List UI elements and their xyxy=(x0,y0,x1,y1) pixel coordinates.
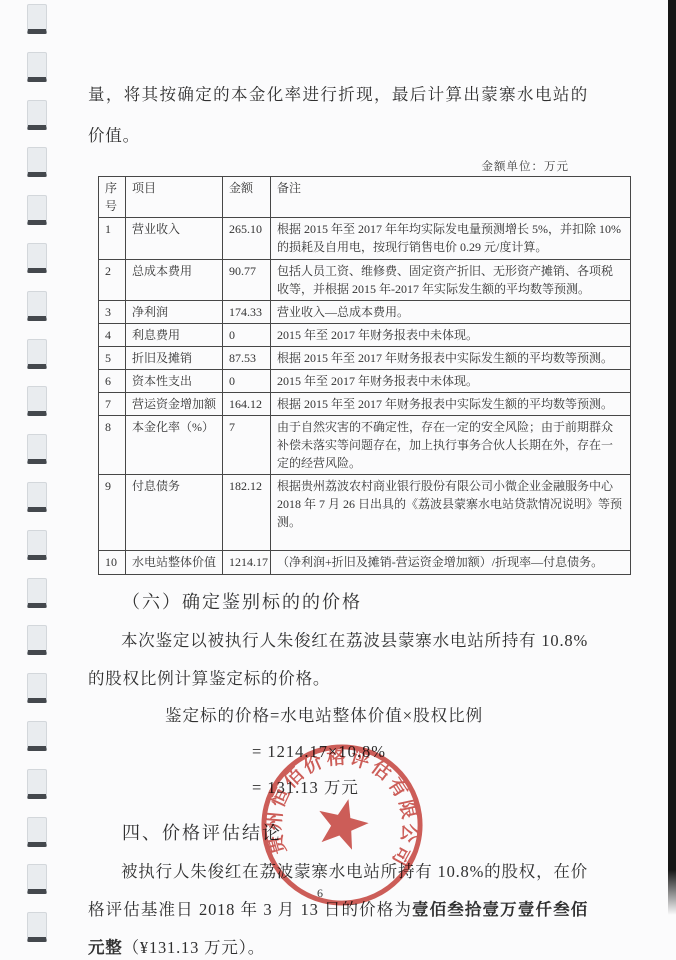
binder-hole xyxy=(27,291,47,321)
cell-amount: 174.33 xyxy=(223,301,271,324)
cell-no: 8 xyxy=(99,416,126,475)
cell-item: 付息债务 xyxy=(126,475,223,551)
valuation-table: 序号 项目 金额 备注 1 营业收入 265.10 根据 2015 年至 201… xyxy=(98,176,631,575)
cell-no: 3 xyxy=(99,301,126,324)
table-row: 10 水电站整体价值 1214.17 （净利润+折旧及摊销-营运资金增加额）/折… xyxy=(99,551,631,575)
formula-step-1: = 1214.17×10.8% xyxy=(252,734,636,770)
table-header-row: 序号 项目 金额 备注 xyxy=(99,177,631,218)
cell-note: 2015 年至 2017 年财务报表中未体现。 xyxy=(271,324,631,347)
cell-amount: 265.10 xyxy=(223,218,271,260)
binder-hole xyxy=(27,530,47,560)
cell-note: 根据 2015 年至 2017 年财务报表中实际发生额的平均数等预测。 xyxy=(271,347,631,370)
cell-item: 总成本费用 xyxy=(126,260,223,301)
table-row: 2 总成本费用 90.77 包括人员工资、维修费、固定资产折旧、无形资产摊销、各… xyxy=(99,260,631,301)
col-header-note: 备注 xyxy=(271,177,631,218)
cell-amount: 182.12 xyxy=(223,475,271,551)
cell-item: 水电站整体价值 xyxy=(126,551,223,575)
cell-amount: 1214.17 xyxy=(223,551,271,575)
binder-hole xyxy=(27,147,47,177)
table-row: 4 利息费用 0 2015 年至 2017 年财务报表中未体现。 xyxy=(99,324,631,347)
cell-item: 利息费用 xyxy=(126,324,223,347)
binder-hole xyxy=(27,864,47,894)
cell-no: 6 xyxy=(99,370,126,393)
scan-edge-shadow xyxy=(668,0,676,920)
cell-amount: 90.77 xyxy=(223,260,271,301)
cell-amount: 164.12 xyxy=(223,393,271,416)
cell-note: 营业收入—总成本费用。 xyxy=(271,301,631,324)
binder-hole xyxy=(27,52,47,82)
binder-hole xyxy=(27,578,47,608)
conclusion-paragraph: 被执行人朱俊红在荔波蒙寨水电站所持有 10.8%的股权，在价格评估基准日 201… xyxy=(88,853,588,960)
cell-item: 净利润 xyxy=(126,301,223,324)
col-header-no: 序号 xyxy=(99,177,126,218)
cell-note: 根据 2015 年至 2017 年年均实际发电量预测增长 5%，并扣除 10%的… xyxy=(271,218,631,260)
binder-hole xyxy=(27,817,47,847)
cell-item: 资本性支出 xyxy=(126,370,223,393)
binder-hole xyxy=(27,434,47,464)
binder-hole xyxy=(27,912,47,942)
cell-note: （净利润+折旧及摊销-营运资金增加额）/折现率—付息债务。 xyxy=(271,551,631,575)
intro-paragraph: 量，将其按确定的本金化率进行折现，最后计算出蒙寨水电站的价值。 xyxy=(88,74,588,156)
binder-hole xyxy=(27,386,47,416)
binder-hole xyxy=(27,100,47,130)
table-row: 9 付息债务 182.12 根据贵州荔波农村商业银行股份有限公司小微企业金融服务… xyxy=(99,475,631,551)
cell-no: 2 xyxy=(99,260,126,301)
binder-hole xyxy=(27,769,47,799)
col-header-item: 项目 xyxy=(126,177,223,218)
cell-amount: 0 xyxy=(223,324,271,347)
table-row: 5 折旧及摊销 87.53 根据 2015 年至 2017 年财务报表中实际发生… xyxy=(99,347,631,370)
cell-note: 根据贵州荔波农村商业银行股份有限公司小微企业金融服务中心 2018 年 7 月 … xyxy=(271,475,631,551)
document-page: 量，将其按确定的本金化率进行折现，最后计算出蒙寨水电站的价值。 金额单位：万元 … xyxy=(88,74,636,960)
amount-unit-note: 金额单位：万元 xyxy=(88,158,631,176)
binder-hole xyxy=(27,4,47,34)
section-6-paragraph: 本次鉴定以被执行人朱俊红在荔波县蒙寨水电站所持有 10.8%的股权比例计算鉴定标… xyxy=(88,622,588,698)
page-number: 6 xyxy=(300,886,340,901)
formula-step-2: = 131.13 万元 xyxy=(252,770,636,806)
table-row: 6 资本性支出 0 2015 年至 2017 年财务报表中未体现。 xyxy=(99,370,631,393)
formula-definition: 鉴定标的价格=水电站整体价值×股权比例 xyxy=(165,698,636,734)
cell-note: 包括人员工资、维修费、固定资产折旧、无形资产摊销、各项税收等，并根据 2015 … xyxy=(271,260,631,301)
cell-no: 7 xyxy=(99,393,126,416)
col-header-amount: 金额 xyxy=(223,177,271,218)
cell-amount: 87.53 xyxy=(223,347,271,370)
cell-item: 本金化率（%） xyxy=(126,416,223,475)
section-6-heading: （六）确定鉴别标的的价格 xyxy=(122,588,636,616)
cell-note: 2015 年至 2017 年财务报表中未体现。 xyxy=(271,370,631,393)
binder-holes-strip xyxy=(27,0,49,960)
cell-amount: 0 xyxy=(223,370,271,393)
cell-note: 根据 2015 年至 2017 年财务报表中实际发生额的平均数等预测。 xyxy=(271,393,631,416)
cell-note: 由于自然灾害的不确定性，存在一定的安全风险；由于前期群众补偿未落实等问题存在，加… xyxy=(271,416,631,475)
binder-hole xyxy=(27,625,47,655)
section-4-heading: 四、价格评估结论 xyxy=(122,819,636,847)
table-row: 1 营业收入 265.10 根据 2015 年至 2017 年年均实际发电量预测… xyxy=(99,218,631,260)
cell-amount: 7 xyxy=(223,416,271,475)
table-row: 7 营运资金增加额 164.12 根据 2015 年至 2017 年财务报表中实… xyxy=(99,393,631,416)
conclusion-text-normal-2: （¥131.13 万元）。 xyxy=(123,938,265,957)
cell-item: 折旧及摊销 xyxy=(126,347,223,370)
table-row: 3 净利润 174.33 营业收入—总成本费用。 xyxy=(99,301,631,324)
cell-no: 4 xyxy=(99,324,126,347)
binder-hole xyxy=(27,482,47,512)
cell-no: 10 xyxy=(99,551,126,575)
cell-no: 9 xyxy=(99,475,126,551)
table-row: 8 本金化率（%） 7 由于自然灾害的不确定性，存在一定的安全风险；由于前期群众… xyxy=(99,416,631,475)
cell-no: 1 xyxy=(99,218,126,260)
binder-hole xyxy=(27,339,47,369)
binder-hole xyxy=(27,243,47,273)
cell-no: 5 xyxy=(99,347,126,370)
binder-hole xyxy=(27,195,47,225)
binder-hole xyxy=(27,673,47,703)
cell-item: 营业收入 xyxy=(126,218,223,260)
binder-hole xyxy=(27,721,47,751)
cell-item: 营运资金增加额 xyxy=(126,393,223,416)
